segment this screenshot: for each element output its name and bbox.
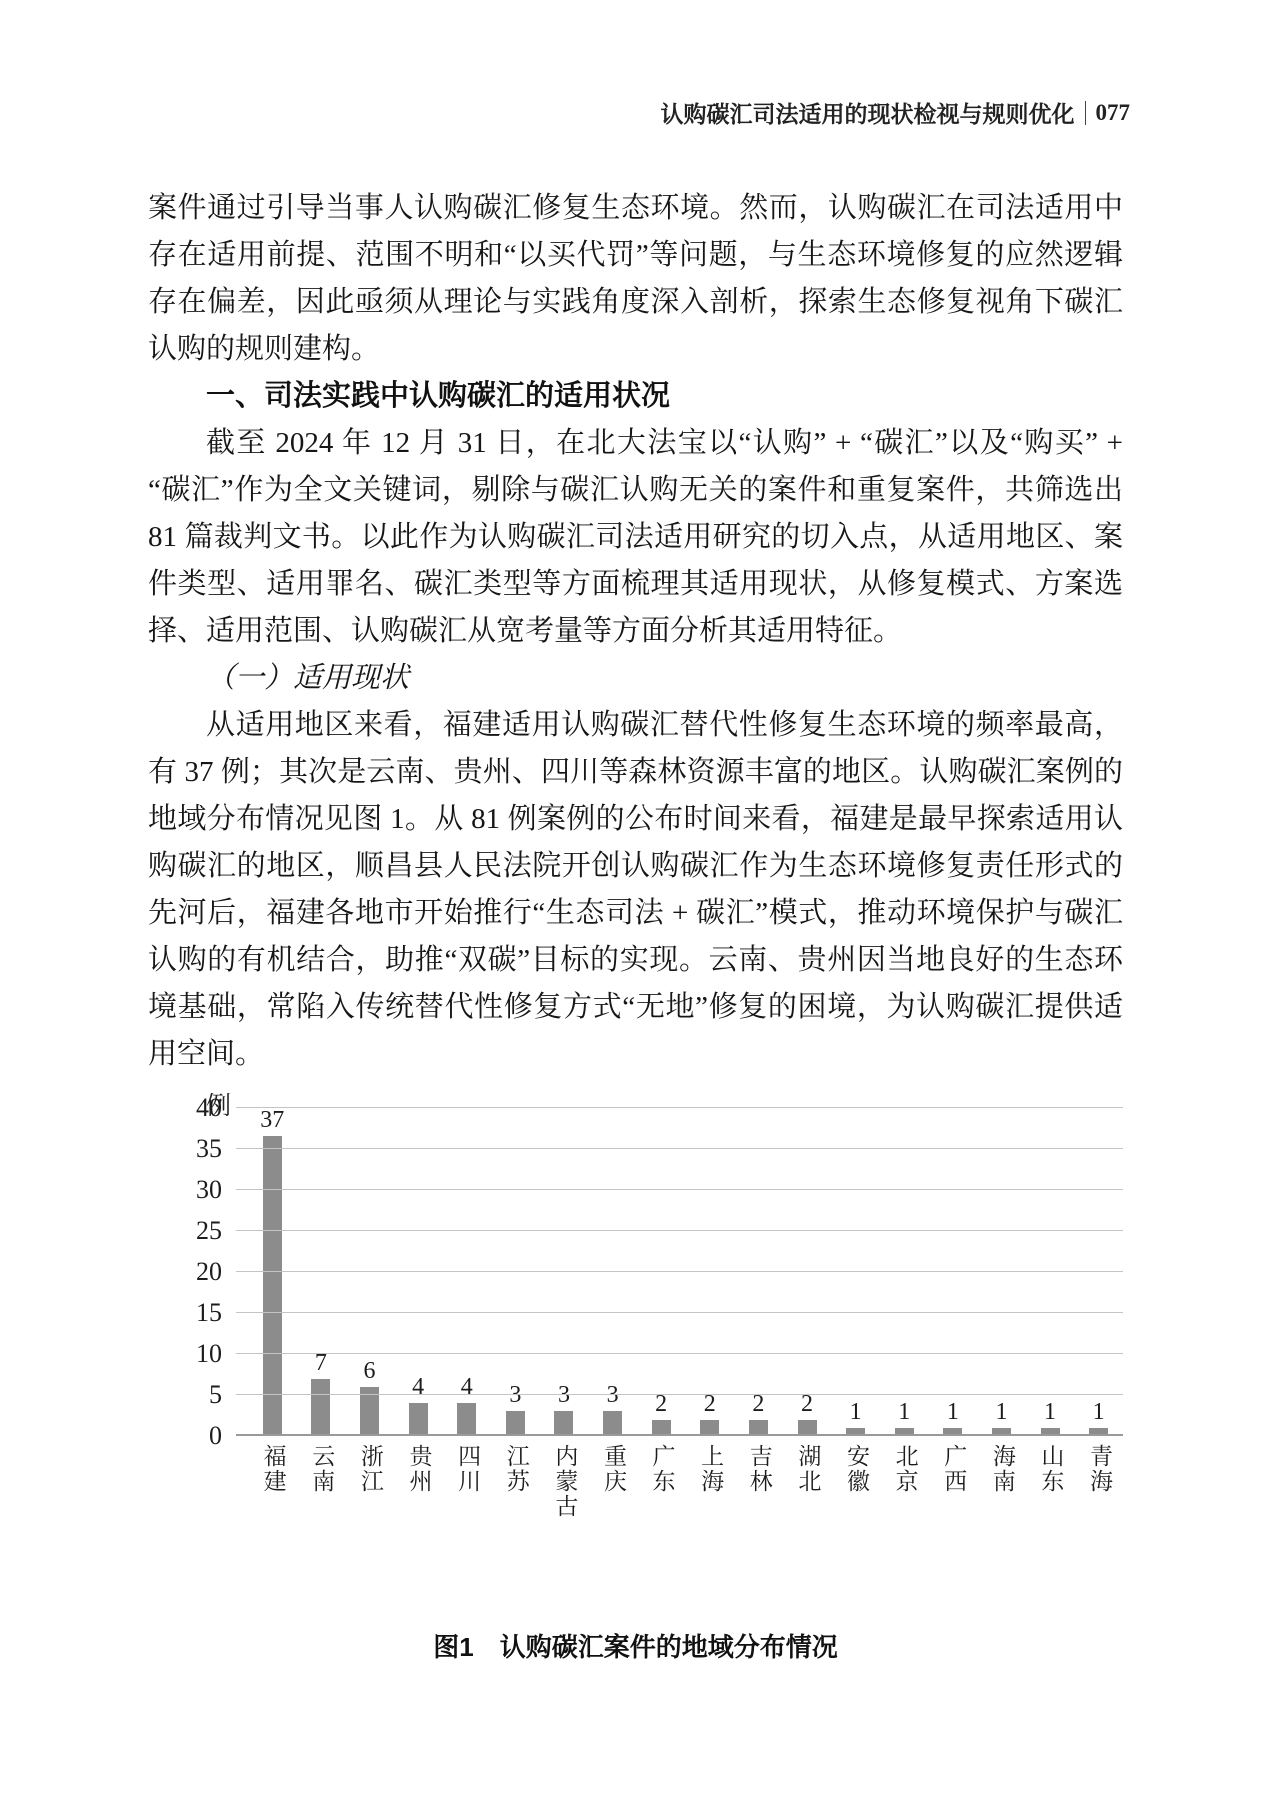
x-axis-label: 四川 xyxy=(442,1444,491,1519)
x-axis-label: 广西 xyxy=(929,1444,978,1519)
gridline xyxy=(236,1312,1123,1313)
bar-value-label: 2 xyxy=(655,1392,667,1416)
bar-value-label: 2 xyxy=(801,1392,813,1416)
x-axis-label: 重庆 xyxy=(588,1444,637,1519)
bar-slot: 1 xyxy=(880,1108,929,1436)
x-axis-label: 青海 xyxy=(1074,1444,1123,1519)
x-axis-label: 上海 xyxy=(685,1444,734,1519)
bar-value-label: 4 xyxy=(461,1375,473,1399)
y-axis-tick: 10 xyxy=(164,1339,222,1369)
x-axis-label: 湖北 xyxy=(783,1444,832,1519)
bar-slot: 1 xyxy=(977,1108,1026,1436)
subsection-heading: （一）适用现状 xyxy=(148,655,1123,702)
y-axis-tick: 5 xyxy=(164,1380,222,1410)
bar-value-label: 6 xyxy=(364,1359,376,1383)
figure-caption-text: 认购碳汇案件的地域分布情况 xyxy=(500,1632,838,1662)
running-head-divider xyxy=(1085,101,1086,125)
bar-slot: 1 xyxy=(1026,1108,1075,1436)
y-axis-tick: 30 xyxy=(164,1175,222,1205)
chart-plot: 3776443332222111111 0510152025303540 xyxy=(236,1108,1123,1436)
figure-caption: 图1认购碳汇案件的地域分布情况 xyxy=(148,1627,1123,1664)
bar xyxy=(554,1411,573,1436)
article-body: 案件通过引导当事人认购碳汇修复生态环境。然而，认购碳汇在司法适用中存在适用前提、… xyxy=(148,185,1123,1664)
x-axis-label: 浙江 xyxy=(345,1444,394,1519)
y-axis-tick: 35 xyxy=(164,1134,222,1164)
x-axis-label: 云南 xyxy=(297,1444,346,1519)
x-axis-label: 海南 xyxy=(977,1444,1026,1519)
page-number: 077 xyxy=(1096,100,1131,126)
bar-value-label: 1 xyxy=(1093,1400,1105,1424)
y-axis-tick: 0 xyxy=(164,1421,222,1451)
y-axis-tick: 20 xyxy=(164,1257,222,1287)
bar-value-label: 3 xyxy=(558,1383,570,1407)
bar-value-label: 1 xyxy=(947,1400,959,1424)
gridline xyxy=(236,1271,1123,1272)
y-axis-tick: 40 xyxy=(164,1093,222,1123)
gridline xyxy=(236,1434,1123,1436)
paragraph: 截至 2024 年 12 月 31 日，在北大法宝以“认购” + “碳汇”以及“… xyxy=(148,420,1123,655)
gridline xyxy=(236,1189,1123,1190)
x-axis-label: 安徽 xyxy=(831,1444,880,1519)
bar-slot: 1 xyxy=(1074,1108,1123,1436)
bar xyxy=(603,1411,622,1436)
x-axis-label: 吉林 xyxy=(734,1444,783,1519)
x-axis-label: 贵州 xyxy=(394,1444,443,1519)
gridline xyxy=(236,1148,1123,1149)
bar-value-label: 2 xyxy=(752,1392,764,1416)
figure-caption-label: 图1 xyxy=(433,1632,473,1662)
bar xyxy=(311,1379,330,1436)
gridline xyxy=(236,1353,1123,1354)
bar-slot: 2 xyxy=(685,1108,734,1436)
bar-chart: 例 3776443332222111111 0510152025303540 福… xyxy=(236,1108,1123,1519)
x-axis-label: 山东 xyxy=(1026,1444,1075,1519)
bar-slot: 3 xyxy=(491,1108,540,1436)
bar xyxy=(409,1403,428,1436)
x-axis-label: 内蒙古 xyxy=(540,1444,589,1519)
bar-slot: 2 xyxy=(734,1108,783,1436)
paragraph: 从适用地区来看，福建适用认购碳汇替代性修复生态环境的频率最高，有 37 例；其次… xyxy=(148,702,1123,1078)
bar-value-label: 37 xyxy=(260,1108,284,1132)
y-axis-tick: 25 xyxy=(164,1216,222,1246)
bar-value-label: 1 xyxy=(898,1400,910,1424)
bar xyxy=(457,1403,476,1436)
bar-value-label: 1 xyxy=(995,1400,1007,1424)
bar-slot: 4 xyxy=(442,1108,491,1436)
x-axis-label: 福建 xyxy=(248,1444,297,1519)
running-head: 认购碳汇司法适用的现状检视与规则优化 077 xyxy=(661,96,1131,129)
gridline xyxy=(236,1394,1123,1395)
bar-slot: 1 xyxy=(929,1108,978,1436)
bar-value-label: 3 xyxy=(509,1383,521,1407)
x-axis-label: 北京 xyxy=(880,1444,929,1519)
bar-value-label: 1 xyxy=(1044,1400,1056,1424)
bar-value-label: 3 xyxy=(607,1383,619,1407)
running-head-title: 认购碳汇司法适用的现状检视与规则优化 xyxy=(661,96,1075,129)
chart-x-labels: 福建云南浙江贵州四川江苏内蒙古重庆广东上海吉林湖北安徽北京广西海南山东青海 xyxy=(248,1444,1123,1519)
section-heading: 一、司法实践中认购碳汇的适用状况 xyxy=(148,373,1123,420)
bar xyxy=(263,1136,282,1436)
bar-slot: 1 xyxy=(831,1108,880,1436)
bar-slot: 3 xyxy=(588,1108,637,1436)
y-axis-tick: 15 xyxy=(164,1298,222,1328)
paragraph: 案件通过引导当事人认购碳汇修复生态环境。然而，认购碳汇在司法适用中存在适用前提、… xyxy=(148,185,1123,373)
gridline xyxy=(236,1107,1123,1108)
bar xyxy=(506,1411,525,1436)
bar-slot: 6 xyxy=(345,1108,394,1436)
bar-value-label: 4 xyxy=(412,1375,424,1399)
gridline xyxy=(236,1230,1123,1231)
chart-bars: 3776443332222111111 xyxy=(248,1108,1123,1436)
paper-page: 认购碳汇司法适用的现状检视与规则优化 077 案件通过引导当事人认购碳汇修复生态… xyxy=(0,0,1269,1804)
x-axis-label: 广东 xyxy=(637,1444,686,1519)
bar-slot: 2 xyxy=(783,1108,832,1436)
bar-slot: 2 xyxy=(637,1108,686,1436)
bar-value-label: 1 xyxy=(850,1400,862,1424)
bar-slot: 37 xyxy=(248,1108,297,1436)
bar-slot: 3 xyxy=(540,1108,589,1436)
x-axis-label: 江苏 xyxy=(491,1444,540,1519)
bar-slot: 4 xyxy=(394,1108,443,1436)
bar-value-label: 7 xyxy=(315,1351,327,1375)
bar-value-label: 2 xyxy=(704,1392,716,1416)
bar-slot: 7 xyxy=(297,1108,346,1436)
